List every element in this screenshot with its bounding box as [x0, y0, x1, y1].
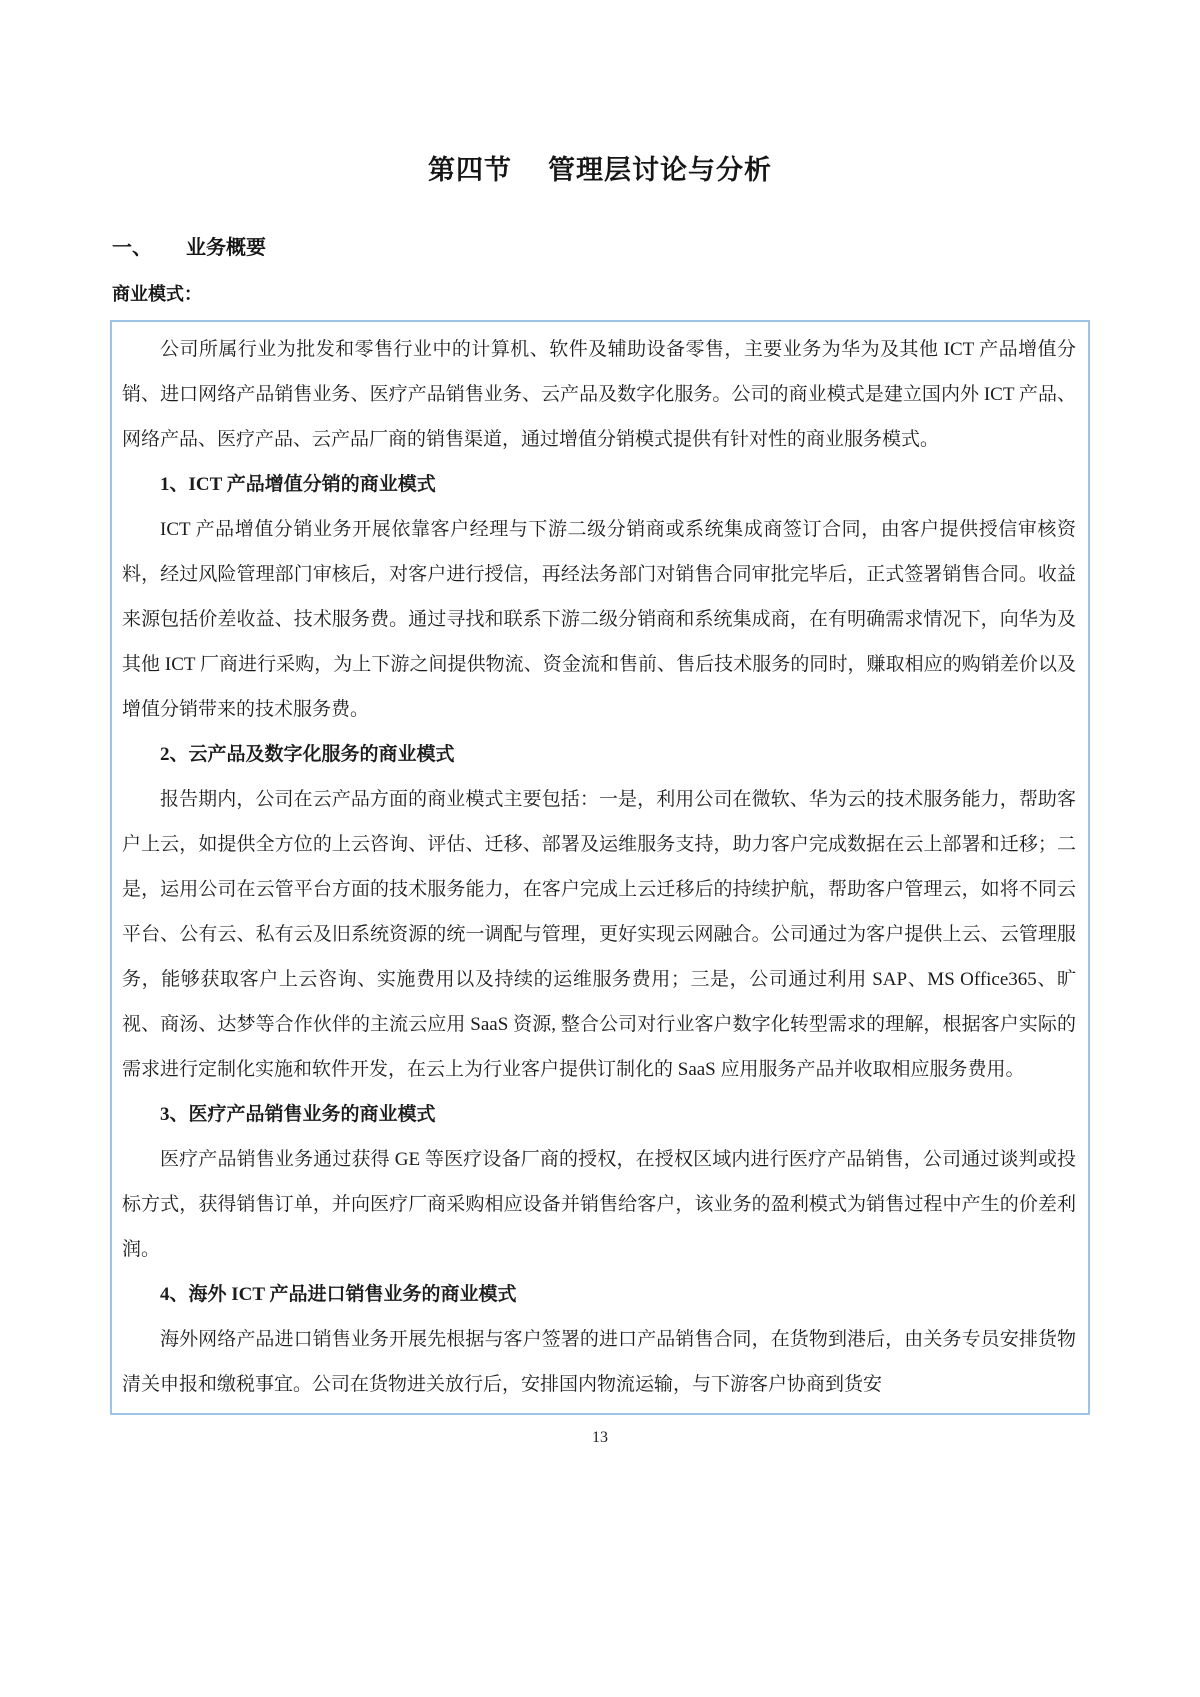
heading-label: 业务概要: [186, 237, 266, 259]
business-model-box: 公司所属行业为批发和零售行业中的计算机、软件及辅助设备零售，主要业务为华为及其他…: [110, 320, 1090, 1415]
heading-number: 一、: [112, 237, 152, 259]
section-title-text: 管理层讨论与分析: [548, 155, 772, 185]
heading-cloud-services: 2、云产品及数字化服务的商业模式: [122, 732, 1076, 777]
page-number: 13: [0, 1429, 1200, 1447]
heading-overseas-import: 4、海外 ICT 产品进口销售业务的商业模式: [122, 1272, 1076, 1317]
subheading-business-model: 商业模式：: [112, 280, 1200, 306]
heading-medical-sales: 3、医疗产品销售业务的商业模式: [122, 1092, 1076, 1137]
heading-ict-distribution: 1、ICT 产品增值分销的商业模式: [122, 462, 1076, 507]
heading-business-overview: 一、业务概要: [112, 231, 1200, 260]
report-page: 第四节管理层讨论与分析 一、业务概要 商业模式： 公司所属行业为批发和零售行业中…: [0, 0, 1200, 1697]
section-number: 第四节: [428, 155, 512, 185]
paragraph-industry-overview: 公司所属行业为批发和零售行业中的计算机、软件及辅助设备零售，主要业务为华为及其他…: [122, 327, 1076, 462]
paragraph-cloud-services: 报告期内，公司在云产品方面的商业模式主要包括：一是，利用公司在微软、华为云的技术…: [122, 777, 1076, 1092]
paragraph-ict-distribution: ICT 产品增值分销业务开展依靠客户经理与下游二级分销商或系统集成商签订合同，由…: [122, 507, 1076, 732]
paragraph-medical-sales: 医疗产品销售业务通过获得 GE 等医疗设备厂商的授权，在授权区域内进行医疗产品销…: [122, 1137, 1076, 1272]
page-title: 第四节管理层讨论与分析: [0, 148, 1200, 187]
paragraph-overseas-import: 海外网络产品进口销售业务开展先根据与客户签署的进口产品销售合同，在货物到港后，由…: [122, 1317, 1076, 1407]
